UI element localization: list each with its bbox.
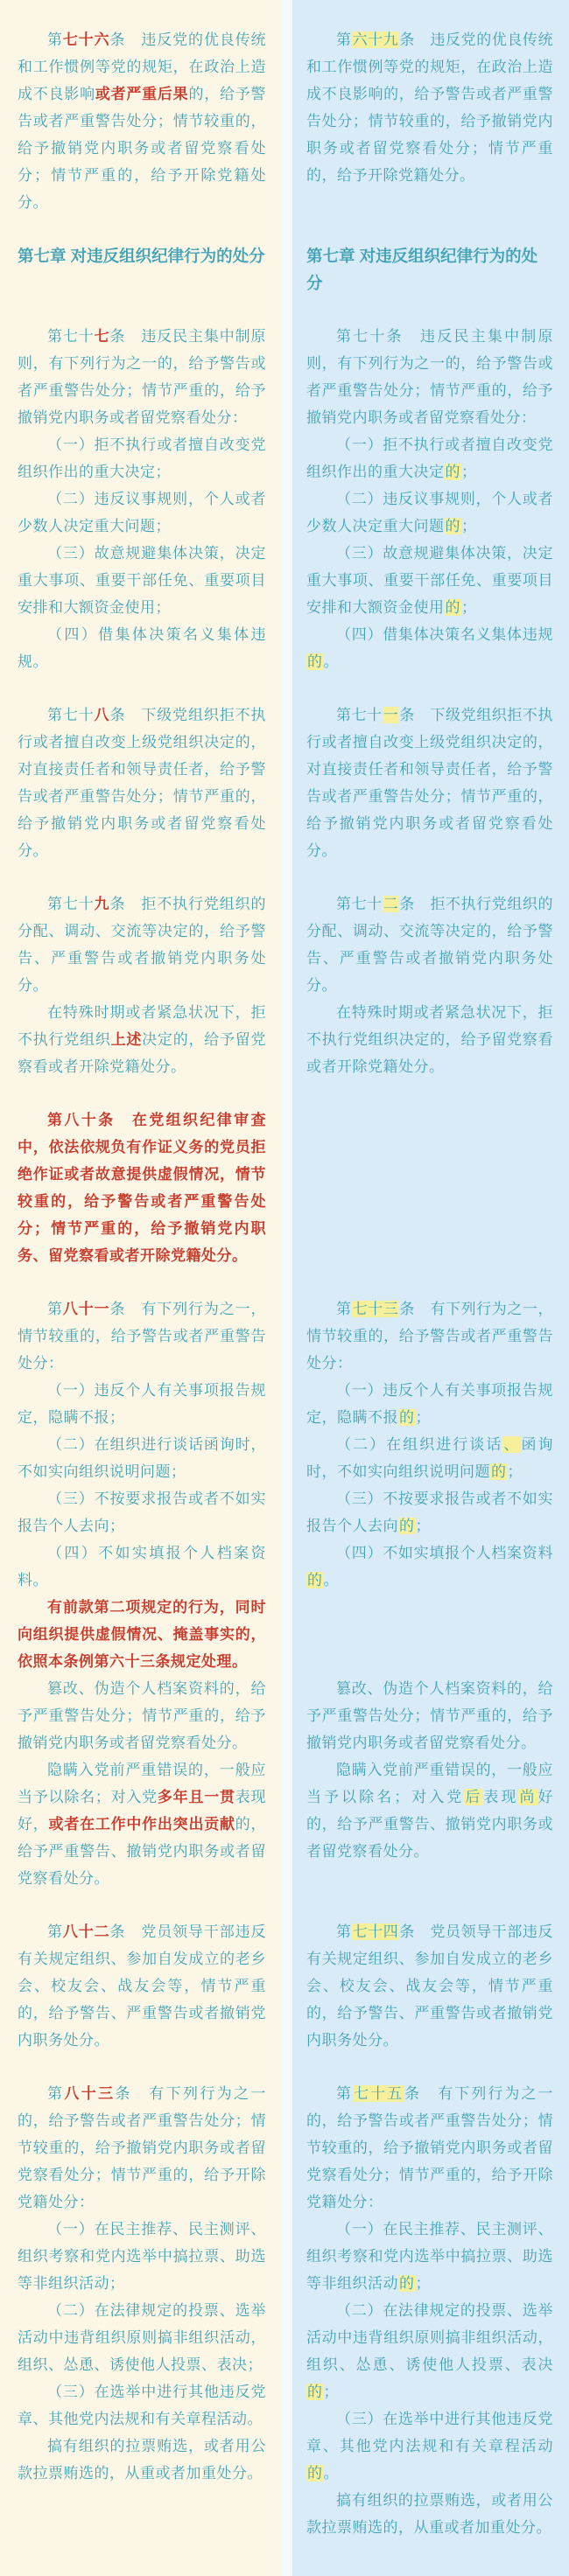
added-or-changed-text-highlight: 的 bbox=[445, 599, 462, 616]
added-or-changed-text-highlight: 二 bbox=[383, 896, 400, 912]
added-or-changed-text-highlight: 七十四 bbox=[352, 1923, 400, 1940]
body-text: 第七章 对违反组织纪律行为的处分 bbox=[306, 247, 537, 292]
new-version-cell: 第七十三条 有下列行为之一，情节较重的，给予警告或者严重警告处分：（一）违反个人… bbox=[282, 1295, 569, 1594]
body-text: 第七十 bbox=[47, 328, 95, 345]
removed-text: 七十六 bbox=[63, 31, 110, 48]
article-paragraph: （二）在法律规定的投票、选举活动中违背组织原则搞非组织活动，组织、怂恿、诱使他人… bbox=[306, 2297, 553, 2405]
body-text: 条 违反党的优良传统和工作惯例等党的规矩，在政治上造成不良影响的，给予警告或者严… bbox=[306, 31, 553, 184]
added-or-changed-text-highlight: 的 bbox=[306, 653, 324, 670]
added-or-changed-text-highlight: 的 bbox=[398, 2275, 416, 2292]
article-paragraph: 篡改、伪造个人档案资料的，给予严重警告处分；情节严重的，给予撤销党内职务或者留党… bbox=[306, 1675, 553, 1756]
comparison-row: 第八十三条 有下列行为之一的，给予警告或者严重警告处分；情节较重的，给予撤销党内… bbox=[0, 2080, 569, 2541]
added-or-changed-text-highlight: 六十九 bbox=[352, 31, 400, 48]
body-text: 搞有组织的拉票贿选，或者用公款拉票贿选的，从重或者加重处分。 bbox=[306, 2492, 553, 2536]
body-text: 篡改、伪造个人档案资料的，给予严重警告处分；情节严重的，给予撤销党内职务或者留党… bbox=[18, 1680, 266, 1751]
article-paragraph: （三）不按要求报告或者不如实报告个人去向的； bbox=[306, 1485, 553, 1539]
article-paragraph: 第七十六条 违反党的优良传统和工作惯例等党的规矩，在政治上造成不良影响或者严重后… bbox=[18, 26, 266, 216]
body-text: （一）违反个人有关事项报告规定，隐瞒不报； bbox=[18, 1382, 266, 1426]
added-or-changed-text-highlight: 的 bbox=[398, 1518, 416, 1534]
body-text: 第七十条 违反民主集中制原则，有下列行为之一的，给予警告或者严重警告处分；情节严… bbox=[306, 328, 553, 426]
comparison-rows-container: 第七十六条 违反党的优良传统和工作惯例等党的规矩，在政治上造成不良影响或者严重后… bbox=[0, 26, 569, 2541]
new-version-cell: 第七十一条 下级党组织拒不执行或者擅自改变上级党组织决定的，对直接责任者和领导责… bbox=[282, 702, 569, 864]
chapter-heading: 第七章 对违反组织纪律行为的处分 bbox=[306, 242, 553, 297]
body-text: 条 党员领导干部违反有关规定组织、参加自发成立的老乡会、校友会、战友会等，情节严… bbox=[306, 1923, 553, 2049]
body-text: 第七章 对违反组织纪律行为的处分 bbox=[18, 247, 265, 265]
article-paragraph: 在特殊时期或者紧急状况下，拒不执行党组织决定的，给予留党察看或者开除党籍处分。 bbox=[306, 999, 553, 1080]
body-text: （四）借集体决策名义集体违规。 bbox=[18, 626, 266, 670]
body-text: ； bbox=[461, 599, 477, 616]
article-paragraph: （一）在民主推荐、民主测评、组织考察和党内选举中搞拉票、助选等非组织活动； bbox=[18, 2216, 266, 2297]
regulation-comparison-document: 第七十六条 违反党的优良传统和工作惯例等党的规矩，在政治上造成不良影响或者严重后… bbox=[0, 0, 569, 2576]
removed-text: 多年且一贯 bbox=[158, 1789, 235, 1805]
body-text: 条 党员领导干部违反有关规定组织、参加自发成立的老乡会、校友会、战友会等，情节严… bbox=[18, 1923, 266, 2049]
body-text: ； bbox=[461, 518, 477, 534]
body-text: 第 bbox=[47, 31, 63, 48]
comparison-row: 有前款第二项规定的行为，同时向组织提供虚假情况、掩盖事实的，依照本条例第六十三条… bbox=[0, 1594, 569, 1675]
article-paragraph: （一）拒不执行或者擅自改变党组织作出的重大决定的； bbox=[306, 431, 553, 485]
article-paragraph: （三）在选举中进行其他违反党章、其他党内法规和有关章程活动的。 bbox=[306, 2405, 553, 2487]
body-text: 。 bbox=[324, 1572, 340, 1588]
new-version-cell bbox=[282, 1106, 569, 1269]
comparison-row: 第八十二条 党员领导干部违反有关规定组织、参加自发成立的老乡会、校友会、战友会等… bbox=[0, 1918, 569, 2054]
body-text: （二）在法律规定的投票、选举活动中违背组织原则搞非组织活动，组织、怂恿、诱使他人… bbox=[18, 2302, 266, 2373]
added-or-changed-text-highlight: 一 bbox=[383, 707, 400, 723]
body-text: （二）违反议事规则，个人或者少数人决定重大问题 bbox=[306, 491, 553, 534]
body-text: 第七十 bbox=[336, 896, 383, 912]
body-text: ； bbox=[324, 2384, 340, 2400]
removed-text: 有前款第二项规定的行为，同时向组织提供虚假情况、掩盖事实的，依照本条例第六十三条… bbox=[18, 1599, 266, 1670]
body-text: 第 bbox=[336, 31, 352, 48]
added-or-changed-text-highlight: 的 bbox=[445, 464, 462, 480]
removed-text: 第八十条 在党组织纪律审查中，依法依规负有作证义务的党员拒绝作证或者故意提供虚假… bbox=[18, 1112, 266, 1264]
article-paragraph: （二）违反议事规则，个人或者少数人决定重大问题的； bbox=[306, 485, 553, 540]
old-version-cell: 第七十八条 下级党组织拒不执行或者擅自改变上级党组织决定的，对直接责任者和领导责… bbox=[0, 702, 282, 864]
body-text: （二）违反议事规则，个人或者少数人决定重大问题； bbox=[18, 491, 266, 534]
added-or-changed-text-highlight: 七十五 bbox=[353, 2085, 404, 2102]
article-paragraph: 第七十一条 下级党组织拒不执行或者擅自改变上级党组织决定的，对直接责任者和领导责… bbox=[306, 702, 553, 864]
body-text: 第 bbox=[47, 2085, 64, 2102]
old-version-cell: 第八十一条 有下列行为之一，情节较重的，给予警告或者严重警告处分：（一）违反个人… bbox=[0, 1295, 282, 1594]
added-or-changed-text-highlight: 的 bbox=[398, 1409, 416, 1426]
article-paragraph: 隐瞒入党前严重错误的，一般应当予以除名；对入党后表现尚好的，给予严重警告、撤销党… bbox=[306, 1756, 553, 1865]
article-paragraph: 第七十二条 拒不执行党组织的分配、调动、交流等决定的，给予警告、严重警告或者撤销… bbox=[306, 890, 553, 999]
added-or-changed-text-highlight: 、 bbox=[502, 1436, 521, 1453]
added-or-changed-text-highlight: 后 bbox=[464, 1789, 483, 1805]
body-text: 条 有下列行为之一的，给予警告或者严重警告处分；情节较重的，给予撤销党内职务或者… bbox=[306, 2085, 553, 2210]
body-text: （三）在选举中进行其他违反党章、其他党内法规和有关章程活动 bbox=[306, 2411, 553, 2454]
body-text: 第七十 bbox=[47, 707, 95, 723]
old-version-cell: 篡改、伪造个人档案资料的，给予严重警告处分；情节严重的，给予撤销党内职务或者留党… bbox=[0, 1675, 282, 1756]
body-text: ； bbox=[416, 1409, 432, 1426]
added-or-changed-text-highlight: 的 bbox=[306, 2465, 324, 2482]
article-paragraph: 有前款第二项规定的行为，同时向组织提供虚假情况、掩盖事实的，依照本条例第六十三条… bbox=[18, 1594, 266, 1675]
body-text: （一）拒不执行或者擅自改变党组织作出的重大决定 bbox=[306, 436, 553, 480]
body-text: （三）故意规避集体决策，决定重大事项、重要干部任免、重要项目安排和大额资金使用 bbox=[306, 545, 553, 616]
article-paragraph: （一）违反个人有关事项报告规定，隐瞒不报； bbox=[18, 1377, 266, 1431]
article-paragraph: （二）违反议事规则，个人或者少数人决定重大问题； bbox=[18, 485, 266, 540]
article-paragraph: （一）拒不执行或者擅自改变党组织作出的重大决定； bbox=[18, 431, 266, 485]
old-version-cell: 第八十条 在党组织纪律审查中，依法依规负有作证义务的党员拒绝作证或者故意提供虚假… bbox=[0, 1106, 282, 1269]
removed-text: 上述 bbox=[111, 1031, 143, 1048]
old-version-cell: 第七十七条 违反民主集中制原则，有下列行为之一的，给予警告或者严重警告处分；情节… bbox=[0, 323, 282, 675]
body-text: 第 bbox=[336, 1923, 352, 1940]
removed-text: 八十二 bbox=[63, 1923, 110, 1940]
body-text: （一）在民主推荐、民主测评、组织考察和党内选举中搞拉票、助选等非组织活动； bbox=[18, 2221, 266, 2292]
old-version-cell: 隐瞒入党前严重错误的，一般应当予以除名；对入党多年且一贯表现好，或者在工作中作出… bbox=[0, 1756, 282, 1892]
article-paragraph: 第八十条 在党组织纪律审查中，依法依规负有作证义务的党员拒绝作证或者故意提供虚假… bbox=[18, 1106, 266, 1269]
added-or-changed-text-highlight: 尚 bbox=[518, 1789, 537, 1805]
body-text: 条 下级党组织拒不执行或者擅自改变上级党组织决定的，对直接责任者和领导责任者，给… bbox=[18, 707, 266, 859]
new-version-cell: 第七十四条 党员领导干部违反有关规定组织、参加自发成立的老乡会、校友会、战友会等… bbox=[282, 1918, 569, 2054]
article-paragraph: （二）在组织进行谈话、函询时，不如实向组织说明问题的； bbox=[306, 1431, 553, 1485]
body-text: ； bbox=[416, 1518, 432, 1534]
body-text: ； bbox=[416, 2275, 432, 2292]
article-paragraph: 第八十二条 党员领导干部违反有关规定组织、参加自发成立的老乡会、校友会、战友会等… bbox=[18, 1918, 266, 2054]
old-version-cell: 第八十三条 有下列行为之一的，给予警告或者严重警告处分；情节较重的，给予撤销党内… bbox=[0, 2080, 282, 2541]
comparison-row: 第七十九条 拒不执行党组织的分配、调动、交流等决定的，给予警告、严重警告或者撤销… bbox=[0, 890, 569, 1080]
article-paragraph: （二）在法律规定的投票、选举活动中违背组织原则搞非组织活动，组织、怂恿、诱使他人… bbox=[18, 2297, 266, 2378]
article-paragraph: 在特殊时期或者紧急状况下，拒不执行党组织上述决定的，给予留党察看或者开除党籍处分… bbox=[18, 999, 266, 1080]
article-paragraph: 第七十四条 党员领导干部违反有关规定组织、参加自发成立的老乡会、校友会、战友会等… bbox=[306, 1918, 553, 2054]
old-version-cell: 第七章 对违反组织纪律行为的处分 bbox=[0, 242, 282, 297]
article-paragraph: 第七十条 违反民主集中制原则，有下列行为之一的，给予警告或者严重警告处分；情节严… bbox=[306, 323, 553, 431]
comparison-row: 第七章 对违反组织纪律行为的处分第七章 对违反组织纪律行为的处分 bbox=[0, 242, 569, 297]
new-version-cell: 第六十九条 违反党的优良传统和工作惯例等党的规矩，在政治上造成不良影响的，给予警… bbox=[282, 26, 569, 216]
body-text: （三）故意规避集体决策，决定重大事项、重要干部任免、重要项目安排和大额资金使用； bbox=[18, 545, 266, 616]
article-paragraph: 第七十八条 下级党组织拒不执行或者擅自改变上级党组织决定的，对直接责任者和领导责… bbox=[18, 702, 266, 864]
comparison-row: 第八十一条 有下列行为之一，情节较重的，给予警告或者严重警告处分：（一）违反个人… bbox=[0, 1295, 569, 1594]
comparison-row: 第八十条 在党组织纪律审查中，依法依规负有作证义务的党员拒绝作证或者故意提供虚假… bbox=[0, 1106, 569, 1269]
article-paragraph: （四）借集体决策名义集体违规的。 bbox=[306, 621, 553, 675]
new-version-cell: 第七十五条 有下列行为之一的，给予警告或者严重警告处分；情节较重的，给予撤销党内… bbox=[282, 2080, 569, 2541]
article-paragraph: （一）违反个人有关事项报告规定，隐瞒不报的； bbox=[306, 1377, 553, 1431]
body-text: 条 有下列行为之一的，给予警告或者严重警告处分；情节较重的，给予撤销党内职务或者… bbox=[18, 2085, 266, 2210]
article-paragraph: 第七十三条 有下列行为之一，情节较重的，给予警告或者严重警告处分： bbox=[306, 1295, 553, 1377]
body-text: ； bbox=[461, 464, 477, 480]
new-version-cell: 第七章 对违反组织纪律行为的处分 bbox=[282, 242, 569, 297]
chapter-heading: 第七章 对违反组织纪律行为的处分 bbox=[18, 242, 266, 269]
added-or-changed-text-highlight: 的 bbox=[306, 1572, 324, 1588]
body-text: 表现 bbox=[483, 1789, 518, 1805]
body-text: （三）不按要求报告或者不如实报告个人去向； bbox=[18, 1490, 266, 1534]
removed-text: 或者严重后果 bbox=[95, 86, 189, 102]
body-text: 第七十 bbox=[336, 707, 383, 723]
article-paragraph: 隐瞒入党前严重错误的，一般应当予以除名；对入党多年且一贯表现好，或者在工作中作出… bbox=[18, 1756, 266, 1892]
article-paragraph: 搞有组织的拉票贿选，或者用公款拉票贿选的，从重或者加重处分。 bbox=[306, 2487, 553, 2541]
article-paragraph: （二）在组织进行谈话函询时，不如实向组织说明问题； bbox=[18, 1431, 266, 1485]
body-text: 第 bbox=[47, 1923, 63, 1940]
comparison-row: 第七十七条 违反民主集中制原则，有下列行为之一的，给予警告或者严重警告处分；情节… bbox=[0, 323, 569, 675]
body-text: 篡改、伪造个人档案资料的，给予严重警告处分；情节严重的，给予撤销党内职务或者留党… bbox=[306, 1680, 553, 1751]
body-text: 的，给予警告或者严重警告处分；情节较重的，给予撤销党内职务或者留党察看处分；情节… bbox=[18, 86, 266, 211]
removed-text: 九 bbox=[95, 896, 110, 912]
new-version-cell: 篡改、伪造个人档案资料的，给予严重警告处分；情节严重的，给予撤销党内职务或者留党… bbox=[282, 1675, 569, 1756]
old-version-cell: 有前款第二项规定的行为，同时向组织提供虚假情况、掩盖事实的，依照本条例第六十三条… bbox=[0, 1594, 282, 1675]
new-version-cell bbox=[282, 1594, 569, 1675]
old-version-cell: 第七十九条 拒不执行党组织的分配、调动、交流等决定的，给予警告、严重警告或者撤销… bbox=[0, 890, 282, 1080]
comparison-row: 篡改、伪造个人档案资料的，给予严重警告处分；情节严重的，给予撤销党内职务或者留党… bbox=[0, 1675, 569, 1756]
added-or-changed-text-highlight: 的 bbox=[306, 2384, 324, 2400]
removed-text: 八十三 bbox=[64, 2085, 115, 2102]
body-text: （二）在法律规定的投票、选举活动中违背组织原则搞非组织活动，组织、怂恿、诱使他人… bbox=[306, 2302, 553, 2373]
body-text: （一）拒不执行或者擅自改变党组织作出的重大决定； bbox=[18, 436, 266, 480]
article-paragraph: （三）不按要求报告或者不如实报告个人去向； bbox=[18, 1485, 266, 1539]
article-paragraph: （三）故意规避集体决策，决定重大事项、重要干部任免、重要项目安排和大额资金使用的… bbox=[306, 540, 553, 621]
added-or-changed-text-highlight: 的 bbox=[445, 518, 462, 534]
article-paragraph: （三）在选举中进行其他违反党章、其他党内法规和有关章程活动。 bbox=[18, 2378, 266, 2433]
body-text: （四）借集体决策名义集体违规 bbox=[336, 626, 553, 643]
new-version-cell: 第七十二条 拒不执行党组织的分配、调动、交流等决定的，给予警告、严重警告或者撤销… bbox=[282, 890, 569, 1080]
removed-text: 七 bbox=[95, 328, 110, 345]
new-version-cell: 第七十条 违反民主集中制原则，有下列行为之一的，给予警告或者严重警告处分；情节严… bbox=[282, 323, 569, 675]
body-text: 第 bbox=[336, 2085, 353, 2102]
comparison-row: 隐瞒入党前严重错误的，一般应当予以除名；对入党多年且一贯表现好，或者在工作中作出… bbox=[0, 1756, 569, 1892]
article-paragraph: 第七十五条 有下列行为之一的，给予警告或者严重警告处分；情节较重的，给予撤销党内… bbox=[306, 2080, 553, 2216]
comparison-row: 第七十六条 违反党的优良传统和工作惯例等党的规矩，在政治上造成不良影响或者严重后… bbox=[0, 26, 569, 216]
old-version-cell: 第七十六条 违反党的优良传统和工作惯例等党的规矩，在政治上造成不良影响或者严重后… bbox=[0, 26, 282, 216]
body-text: （四）不如实填报个人档案资料。 bbox=[18, 1545, 266, 1588]
body-text: （二）在组织进行谈话函询时，不如实向组织说明问题； bbox=[18, 1436, 266, 1480]
body-text: 在特殊时期或者紧急状况下，拒不执行党组织决定的，给予留党察看或者开除党籍处分。 bbox=[306, 1004, 553, 1075]
article-paragraph: （四）不如实填报个人档案资料的。 bbox=[306, 1539, 553, 1594]
new-version-cell: 隐瞒入党前严重错误的，一般应当予以除名；对入党后表现尚好的，给予严重警告、撤销党… bbox=[282, 1756, 569, 1892]
body-text: 。 bbox=[324, 2465, 340, 2482]
article-paragraph: 第七十七条 违反民主集中制原则，有下列行为之一的，给予警告或者严重警告处分；情节… bbox=[18, 323, 266, 431]
article-paragraph: 篡改、伪造个人档案资料的，给予严重警告处分；情节严重的，给予撤销党内职务或者留党… bbox=[18, 1675, 266, 1756]
body-text: ； bbox=[508, 1463, 523, 1480]
body-text: 条 下级党组织拒不执行或者擅自改变上级党组织决定的，对直接责任者和领导责任者，给… bbox=[306, 707, 553, 859]
article-paragraph: （四）不如实填报个人档案资料。 bbox=[18, 1539, 266, 1594]
article-paragraph: 第八十三条 有下列行为之一的，给予警告或者严重警告处分；情节较重的，给予撤销党内… bbox=[18, 2080, 266, 2216]
body-text: 第 bbox=[47, 1301, 63, 1317]
article-paragraph: （三）故意规避集体决策，决定重大事项、重要干部任免、重要项目安排和大额资金使用； bbox=[18, 540, 266, 621]
body-text: 第 bbox=[336, 1301, 352, 1317]
article-paragraph: （四）借集体决策名义集体违规。 bbox=[18, 621, 266, 675]
body-text: （四）不如实填报个人档案资料 bbox=[336, 1545, 553, 1561]
added-or-changed-text-highlight: 七十三 bbox=[352, 1301, 400, 1317]
article-paragraph: 第六十九条 违反党的优良传统和工作惯例等党的规矩，在政治上造成不良影响的，给予警… bbox=[306, 26, 553, 189]
body-text: （二）在组织进行谈话 bbox=[336, 1436, 502, 1453]
comparison-row: 第七十八条 下级党组织拒不执行或者擅自改变上级党组织决定的，对直接责任者和领导责… bbox=[0, 702, 569, 864]
removed-text: 八 bbox=[95, 707, 110, 723]
article-paragraph: （一）在民主推荐、民主测评、组织考察和党内选举中搞拉票、助选等非组织活动的； bbox=[306, 2216, 553, 2297]
body-text: 搞有组织的拉票贿选，或者用公款拉票贿选的，从重或者加重处分。 bbox=[18, 2438, 266, 2482]
removed-text: 八十一 bbox=[63, 1301, 110, 1317]
added-or-changed-text-highlight: 的 bbox=[490, 1463, 508, 1480]
body-text: 。 bbox=[324, 653, 340, 670]
body-text: （三）在选举中进行其他违反党章、其他党内法规和有关章程活动。 bbox=[18, 2384, 266, 2427]
article-paragraph: 第八十一条 有下列行为之一，情节较重的，给予警告或者严重警告处分： bbox=[18, 1295, 266, 1377]
old-version-cell: 第八十二条 党员领导干部违反有关规定组织、参加自发成立的老乡会、校友会、战友会等… bbox=[0, 1918, 282, 2054]
article-paragraph: 搞有组织的拉票贿选，或者用公款拉票贿选的，从重或者加重处分。 bbox=[18, 2433, 266, 2487]
body-text: 第七十 bbox=[47, 896, 95, 912]
article-paragraph: 第七十九条 拒不执行党组织的分配、调动、交流等决定的，给予警告、严重警告或者撤销… bbox=[18, 890, 266, 999]
removed-text: 或者在工作中作出突出贡献 bbox=[49, 1816, 235, 1833]
